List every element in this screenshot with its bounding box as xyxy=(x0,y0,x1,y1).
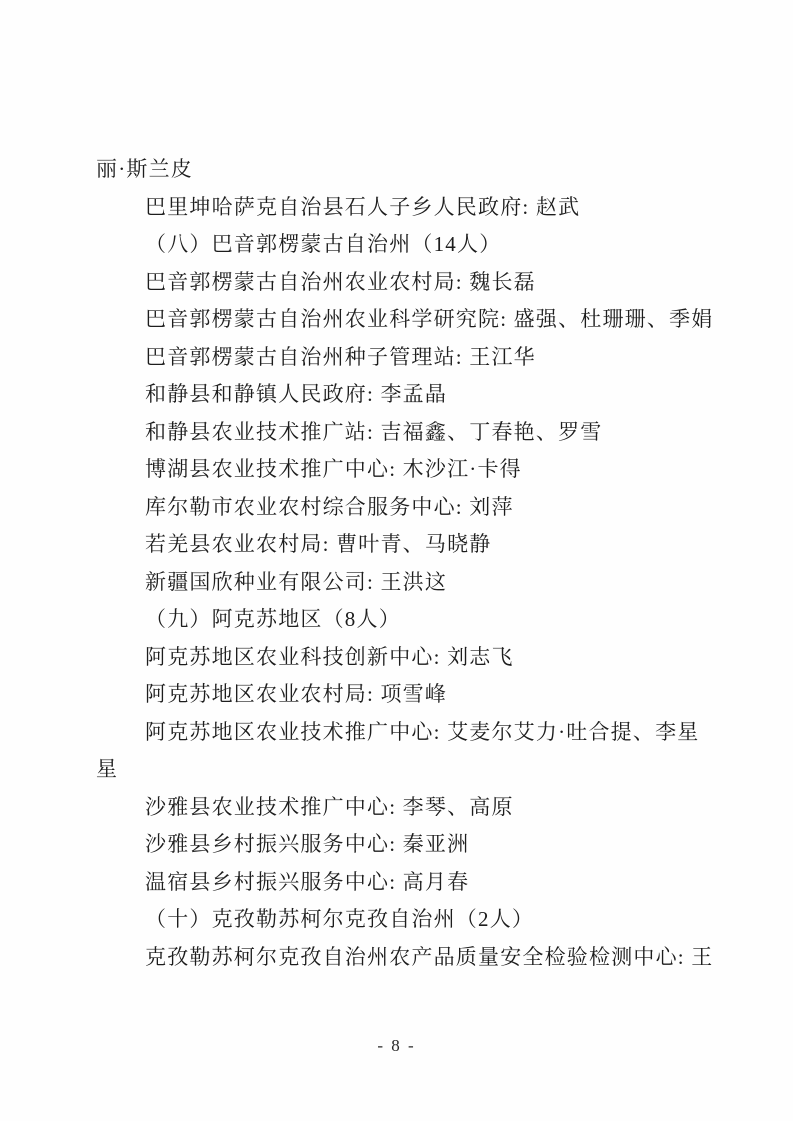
document-line: 巴音郭楞蒙古自治州农业农村局: 魏长磊 xyxy=(96,264,721,302)
document-line: 博湖县农业技术推广中心: 木沙江·卡得 xyxy=(96,451,721,489)
document-line: （十）克孜勒苏柯尔克孜自治州（2人） xyxy=(96,901,721,939)
document-line: 巴音郭楞蒙古自治州农业科学研究院: 盛强、杜珊珊、季娟 xyxy=(96,301,721,339)
document-line: 阿克苏地区农业科技创新中心: 刘志飞 xyxy=(96,639,721,677)
page-number: - 8 - xyxy=(377,1036,415,1056)
document-line: 巴里坤哈萨克自治县石人子乡人民政府: 赵武 xyxy=(96,189,721,227)
document-page: 丽·斯兰皮巴里坤哈萨克自治县石人子乡人民政府: 赵武（八）巴音郭楞蒙古自治州（1… xyxy=(0,0,793,1121)
document-line: 巴音郭楞蒙古自治州种子管理站: 王江华 xyxy=(96,339,721,377)
document-line: 阿克苏地区农业农村局: 项雪峰 xyxy=(96,676,721,714)
page-footer: - 8 - xyxy=(0,1036,793,1056)
document-line: 新疆国欣种业有限公司: 王洪这 xyxy=(96,564,721,602)
document-line: 星 xyxy=(96,751,721,789)
document-line: 温宿县乡村振兴服务中心: 高月春 xyxy=(96,864,721,902)
document-line: （九）阿克苏地区（8人） xyxy=(96,601,721,639)
document-line: 若羌县农业农村局: 曹叶青、马晓静 xyxy=(96,526,721,564)
document-line: 库尔勒市农业农村综合服务中心: 刘萍 xyxy=(96,489,721,527)
document-line: 丽·斯兰皮 xyxy=(96,151,721,189)
document-line: （八）巴音郭楞蒙古自治州（14人） xyxy=(96,226,721,264)
document-line: 阿克苏地区农业技术推广中心: 艾麦尔艾力·吐合提、李星 xyxy=(96,714,721,752)
document-line: 沙雅县农业技术推广中心: 李琴、高原 xyxy=(96,789,721,827)
document-body: 丽·斯兰皮巴里坤哈萨克自治县石人子乡人民政府: 赵武（八）巴音郭楞蒙古自治州（1… xyxy=(96,151,721,976)
document-line: 沙雅县乡村振兴服务中心: 秦亚洲 xyxy=(96,826,721,864)
document-line: 克孜勒苏柯尔克孜自治州农产品质量安全检验检测中心: 王 xyxy=(96,939,721,977)
document-line: 和静县和静镇人民政府: 李孟晶 xyxy=(96,376,721,414)
document-line: 和静县农业技术推广站: 吉福鑫、丁春艳、罗雪 xyxy=(96,414,721,452)
